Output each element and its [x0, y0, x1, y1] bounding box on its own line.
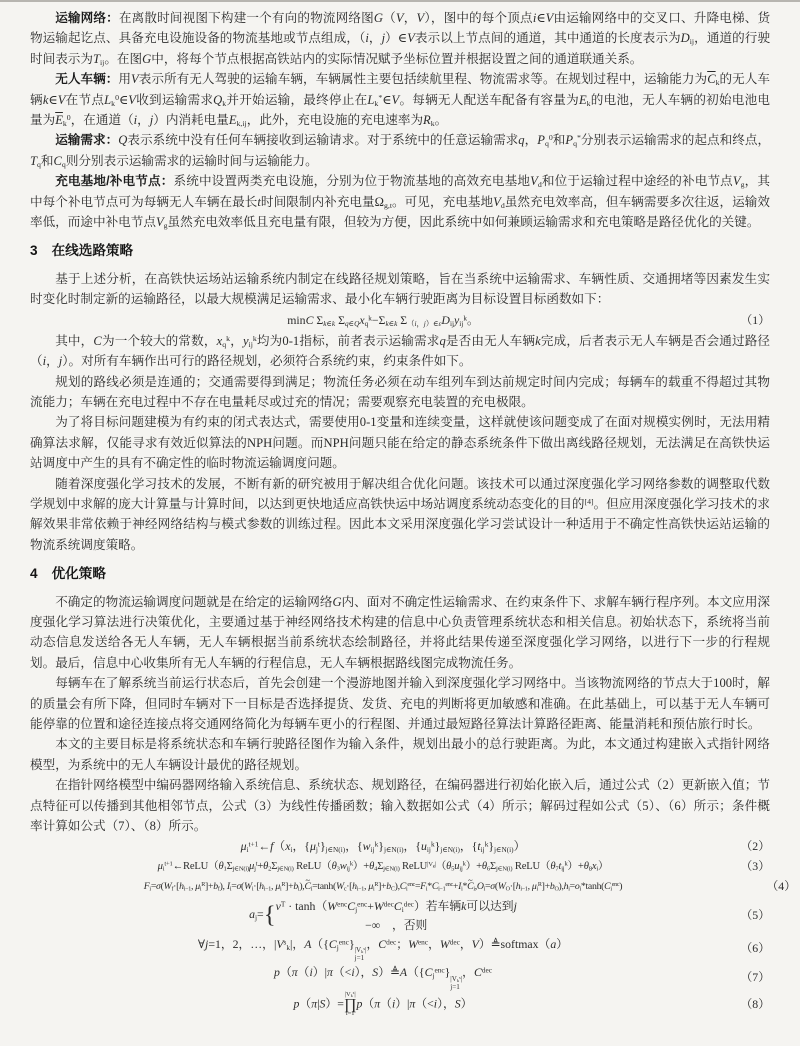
- equation-1-number: （1）: [736, 311, 770, 330]
- paragraph-drl-motivation: 随着深度强化学习技术的发展，不断有新的研究被用于解决组合优化问题。该技术可以通过…: [30, 474, 770, 556]
- equation-1: minC Σk∈k Σq∈Qxqk−Σk∈k Σ（i，j）∈εDijyijk。 …: [30, 311, 770, 330]
- equation-4-body: Fi=σ(Wf·[hi−1, μiR]+bf), Ii=σ(Wi·[hi−1, …: [4, 877, 762, 896]
- equation-7-body: p（π（i）|π（<i），S）≜A（{Cjenc}|Vks|j=1，Cdec: [30, 963, 736, 990]
- equation-3: μit+1←ReLU（θ1Σj∈N(i)μjt+θ2Σj∈N(i) ReLU（θ…: [30, 857, 770, 876]
- equation-8: p（π|S）=|Vks|∏i=1p（π（i）|π（<i），S） （8）: [30, 992, 770, 1018]
- equation-2: μit+1←f（xi，{μjt}j∈N(i)，{wijk}j∈N(i)，{uij…: [30, 837, 770, 856]
- paragraph-constraints: 规划的路线必须是连通的；交通需要得到满足；物流任务必须在动车组列车到达前规定时间…: [30, 372, 770, 413]
- equation-2-number: （2）: [736, 837, 770, 856]
- equation-1-body: minC Σk∈k Σq∈Qxqk−Σk∈k Σ（i，j）∈εDijyijk。: [30, 311, 736, 330]
- paragraph-objective-setup: 基于上述分析，在高铁快运场站运输系统内制定在线路径规划策略，旨在当系统中运输需求…: [30, 269, 770, 310]
- equation-3-number: （3）: [736, 857, 770, 876]
- page: 运输网络：在离散时间视图下构建一个有向的物流网络图G（V，V），图中的每个顶点i…: [0, 0, 800, 1046]
- equation-5-body: aj={vT · tanh（WencCjenc+WdecCidec）若车辆k可以…: [30, 897, 736, 934]
- section-3-heading: 3在线选路策略: [30, 241, 770, 261]
- equation-3-body: μit+1←ReLU（θ1Σj∈N(i)μjt+θ2Σj∈N(i) ReLU（θ…: [30, 857, 736, 876]
- equation-6-number: （6）: [736, 939, 770, 958]
- equation-7-number: （7）: [736, 968, 770, 987]
- paragraph-charging-nodes: 充电基地/补电节点：系统中设置两类充电设施，分别为位于物流基地的高效充电基地Vd…: [30, 171, 770, 232]
- paragraph-nph-problem: 为了将目标问题建模为有约束的闭式表达式，需要使用0-1变量和连续变量，这样就使该…: [30, 412, 770, 473]
- paragraph-unmanned-vehicles: 无人车辆：用V表示所有无人驾驶的运输车辆，车辆属性主要包括续航里程、物流需求等。…: [30, 69, 770, 130]
- equation-5-number: （5）: [736, 906, 770, 925]
- paragraph-pointer-network: 在指针网络模型中编码器网络输入系统信息、系统状态、规划路径，在编码器进行初始化嵌…: [30, 775, 770, 836]
- paragraph-variables-explained: 其中，C为一个较大的常数，xqk，yijk均为0-1指标，前者表示运输需求q是否…: [30, 331, 770, 372]
- paragraph-roaming-map: 每辆车在了解系统当前运行状态后，首先会创建一个漫游地图并输入到深度强化学习网络中…: [30, 673, 770, 734]
- section-4-title: 优化策略: [52, 566, 106, 581]
- equation-6: ∀j=1，2，…，|Vsk|，A（{Cjenc}|Vks|j=1，Cdec；We…: [30, 935, 770, 962]
- equation-7: p（π（i）|π（<i），S）≜A（{Cjenc}|Vks|j=1，Cdec （…: [30, 963, 770, 990]
- equation-6-body: ∀j=1，2，…，|Vsk|，A（{Cjenc}|Vks|j=1，Cdec；We…: [30, 935, 736, 962]
- equation-2-body: μit+1←f（xi，{μjt}j∈N(i)，{wijk}j∈N(i)，{uij…: [30, 837, 736, 856]
- equation-5: aj={vT · tanh（WencCjenc+WdecCidec）若车辆k可以…: [30, 897, 770, 934]
- section-3-title: 在线选路策略: [52, 243, 134, 258]
- equation-8-number: （8）: [736, 995, 770, 1014]
- paragraph-main-goal: 本文的主要目标是将系统状态和车辆行驶路径图作为输入条件，规划出最小的总行驶距离。…: [30, 734, 770, 775]
- section-3-number: 3: [30, 243, 38, 258]
- equation-4-number: （4）: [762, 877, 796, 896]
- section-4-heading: 4优化策略: [30, 564, 770, 584]
- equation-4: Fi=σ(Wf·[hi−1, μiR]+bf), Ii=σ(Wi·[hi−1, …: [4, 877, 796, 896]
- scan-edge-artifact: [0, 0, 800, 2]
- paragraph-transport-network: 运输网络：在离散时间视图下构建一个有向的物流网络图G（V，V），图中的每个顶点i…: [30, 8, 770, 69]
- section-4-number: 4: [30, 566, 38, 581]
- paragraph-uncertain-scheduling: 不确定的物流运输调度问题就是在给定的运输网络G内、面对不确定性运输需求、在约束条…: [30, 592, 770, 674]
- paragraph-transport-demand: 运输需求：Q表示系统中没有任何车辆接收到运输请求。对于系统中的任意运输需求q，P…: [30, 130, 770, 171]
- equation-8-body: p（π|S）=|Vks|∏i=1p（π（i）|π（<i），S）: [30, 992, 736, 1018]
